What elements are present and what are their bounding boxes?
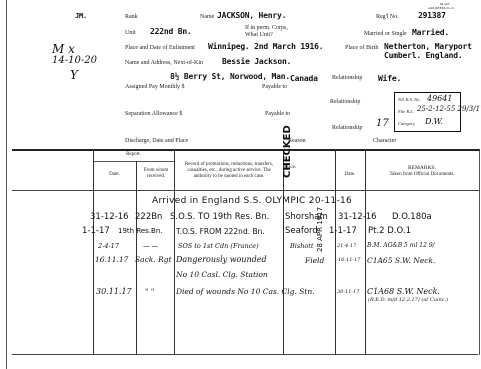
col-divider-record [174, 149, 175, 354]
row-3-from: Sack. Rgt [135, 255, 172, 264]
report-sub-rule [93, 161, 174, 162]
table-bottom-rule [12, 354, 478, 355]
nok-name: Bessie Jackson. [222, 57, 291, 66]
assigned-pay-label: Assigned Pay Monthly $ [125, 84, 185, 90]
relationship-label-2: Relationship [330, 99, 360, 105]
row-2-remarks: B.M. AG&B 5 ml 12 9/ [367, 242, 435, 249]
row-3-date2: 16-11-17 [338, 257, 360, 263]
form-code-sub: A40-REEM-21-21 [428, 6, 454, 10]
relationship-label-3: Relationship [332, 125, 362, 131]
row-2-place: Bishott [290, 242, 314, 250]
corner-initials: JM. [75, 12, 87, 20]
name-value: JACKSON, Henry. [217, 11, 286, 20]
married-value: Married. [412, 28, 449, 37]
stamp-line3-label: Category [398, 121, 415, 126]
row-1-remarks: Pt.2 D.O.1 [368, 226, 411, 236]
row-0-date2: 31-12-16 [338, 212, 377, 222]
married-label: Married or Single [364, 31, 407, 37]
relationship-value: Wife. [378, 74, 401, 83]
enlistment-label: Place and Date of Enlistment [125, 45, 195, 51]
stamp-line2-label: File R.L. [398, 109, 414, 114]
row-0-remarks: D.O.180a [392, 212, 432, 222]
row-5-from: " " [145, 287, 154, 296]
enlistment-value: Winnipeg. 2nd March 1916. [208, 42, 323, 51]
row-5-record: Died of wounds No 10 Cas. Clg. Stn. [176, 287, 315, 296]
header-date: Date. [93, 172, 136, 178]
stamp-line1-label: N/L R.S. No. [398, 97, 421, 102]
row-3-date: 16.11.17 [95, 255, 128, 264]
birth-label: Place of Birth [345, 45, 378, 51]
margin-note-3: Y [70, 68, 78, 82]
perm-corps-label-2: What Unit? [245, 32, 273, 38]
row-2-date: 2-4-17 [98, 242, 119, 250]
row-2-date2: 21-4-17 [337, 243, 356, 249]
col-divider-remarks [365, 149, 366, 354]
margin-note-2: 14-10-20 [52, 55, 97, 66]
header-record: Record of promotions, reductions, transf… [178, 162, 280, 180]
regt-no-value: 291387 [418, 11, 446, 20]
header-report: Report. [93, 152, 174, 158]
right-border [479, 150, 480, 355]
row-3-remarks: C1A65 S.W. Neck. [367, 256, 435, 265]
unit-value: 222nd Bn. [150, 27, 192, 36]
header-remarks-sub: Taken from Official Documents. [365, 172, 479, 178]
row-4-record: No 10 Casl. Clg. Station [176, 270, 268, 279]
table-top-rule [12, 149, 480, 151]
nok-label: Name and Address, Next-of-Kin [125, 60, 203, 66]
header-date2: Date. [335, 172, 365, 178]
checked-stamp: CHECKED [282, 125, 293, 178]
row-1-from: 19th Res.Bn. [118, 227, 163, 235]
unit-label: Unit [125, 30, 136, 36]
row-0-place: Shorsham [285, 212, 328, 222]
header-from-whom: From whom received. [138, 168, 174, 180]
perm-corps-label-1: If in perm. Corps, [245, 25, 288, 31]
row-3-record: Dangerously wounded [176, 255, 267, 264]
regt-no-label: Reg'l No. [376, 14, 399, 20]
stamp-line1-value: 49641 [427, 94, 452, 103]
table-header-bottom-rule [12, 190, 480, 191]
row-0-from: 222Bn [135, 212, 162, 222]
birth-value-1: Netherton, Maryport [384, 42, 472, 51]
payable-to-label-2: Payable to [265, 111, 290, 117]
discharge-label: Discharge, Date and Place [125, 138, 188, 144]
row-6-remarks: (R.E.O. m/d 12.2.17) (at Cuinc.) [368, 297, 448, 303]
nok-address: 8½ Berry St, Norwood, Man. [170, 72, 290, 81]
birth-value-2: Cumberl. England. [384, 51, 462, 60]
character-label: Character [373, 138, 396, 144]
row-2-record: SOS to 1st Cdn (France) [178, 242, 259, 250]
row-1-place: Seaford [285, 226, 318, 236]
row-0-date: 31-12-16 [90, 212, 129, 222]
relationship-label: Relationship [332, 75, 362, 81]
row-1-record: T.O.S. FROM 222nd. Bn. [176, 227, 265, 236]
left-border [6, 0, 7, 369]
col-divider-place [283, 149, 284, 354]
nok-country: Canada [290, 74, 318, 83]
col-divider-date [93, 149, 94, 354]
row-2-from: — — [143, 242, 158, 250]
col-divider-date2 [335, 149, 336, 354]
row-5-remarks: C1A68 S.W. Neck. [367, 287, 440, 296]
row-1-date2: 1-1-17 [329, 226, 357, 236]
header-remarks: REMARKS. [365, 165, 479, 172]
stamp-line3-value: D.W. [425, 117, 443, 126]
row-0-record: S.O.S. TO 19th Res. Bn. [170, 212, 269, 222]
row-5-date: 30.11.17 [96, 287, 132, 296]
arrived-line: Arrived in England S.S. OLYMPIC 20-11-16 [152, 196, 352, 206]
name-label: Name [200, 14, 214, 20]
row-1-date: 1-1-17 [82, 226, 110, 236]
row-3-place: Field [305, 256, 324, 265]
rank-label: Rank [125, 14, 138, 20]
category-stamp-box: N/L R.S. No. 49641 File R.L. 25-2-12-55 … [394, 92, 461, 132]
row-5-date2: 30-11-17 [337, 289, 359, 295]
handwritten-17: 17 [376, 118, 389, 129]
separation-label: Separation Allowance $ [125, 111, 182, 117]
payable-to-label: Payable to [262, 84, 287, 90]
stamp-line2-value: 25-2-12-55 29/3/17 [417, 105, 481, 113]
margin-note-1: M x [52, 42, 75, 56]
